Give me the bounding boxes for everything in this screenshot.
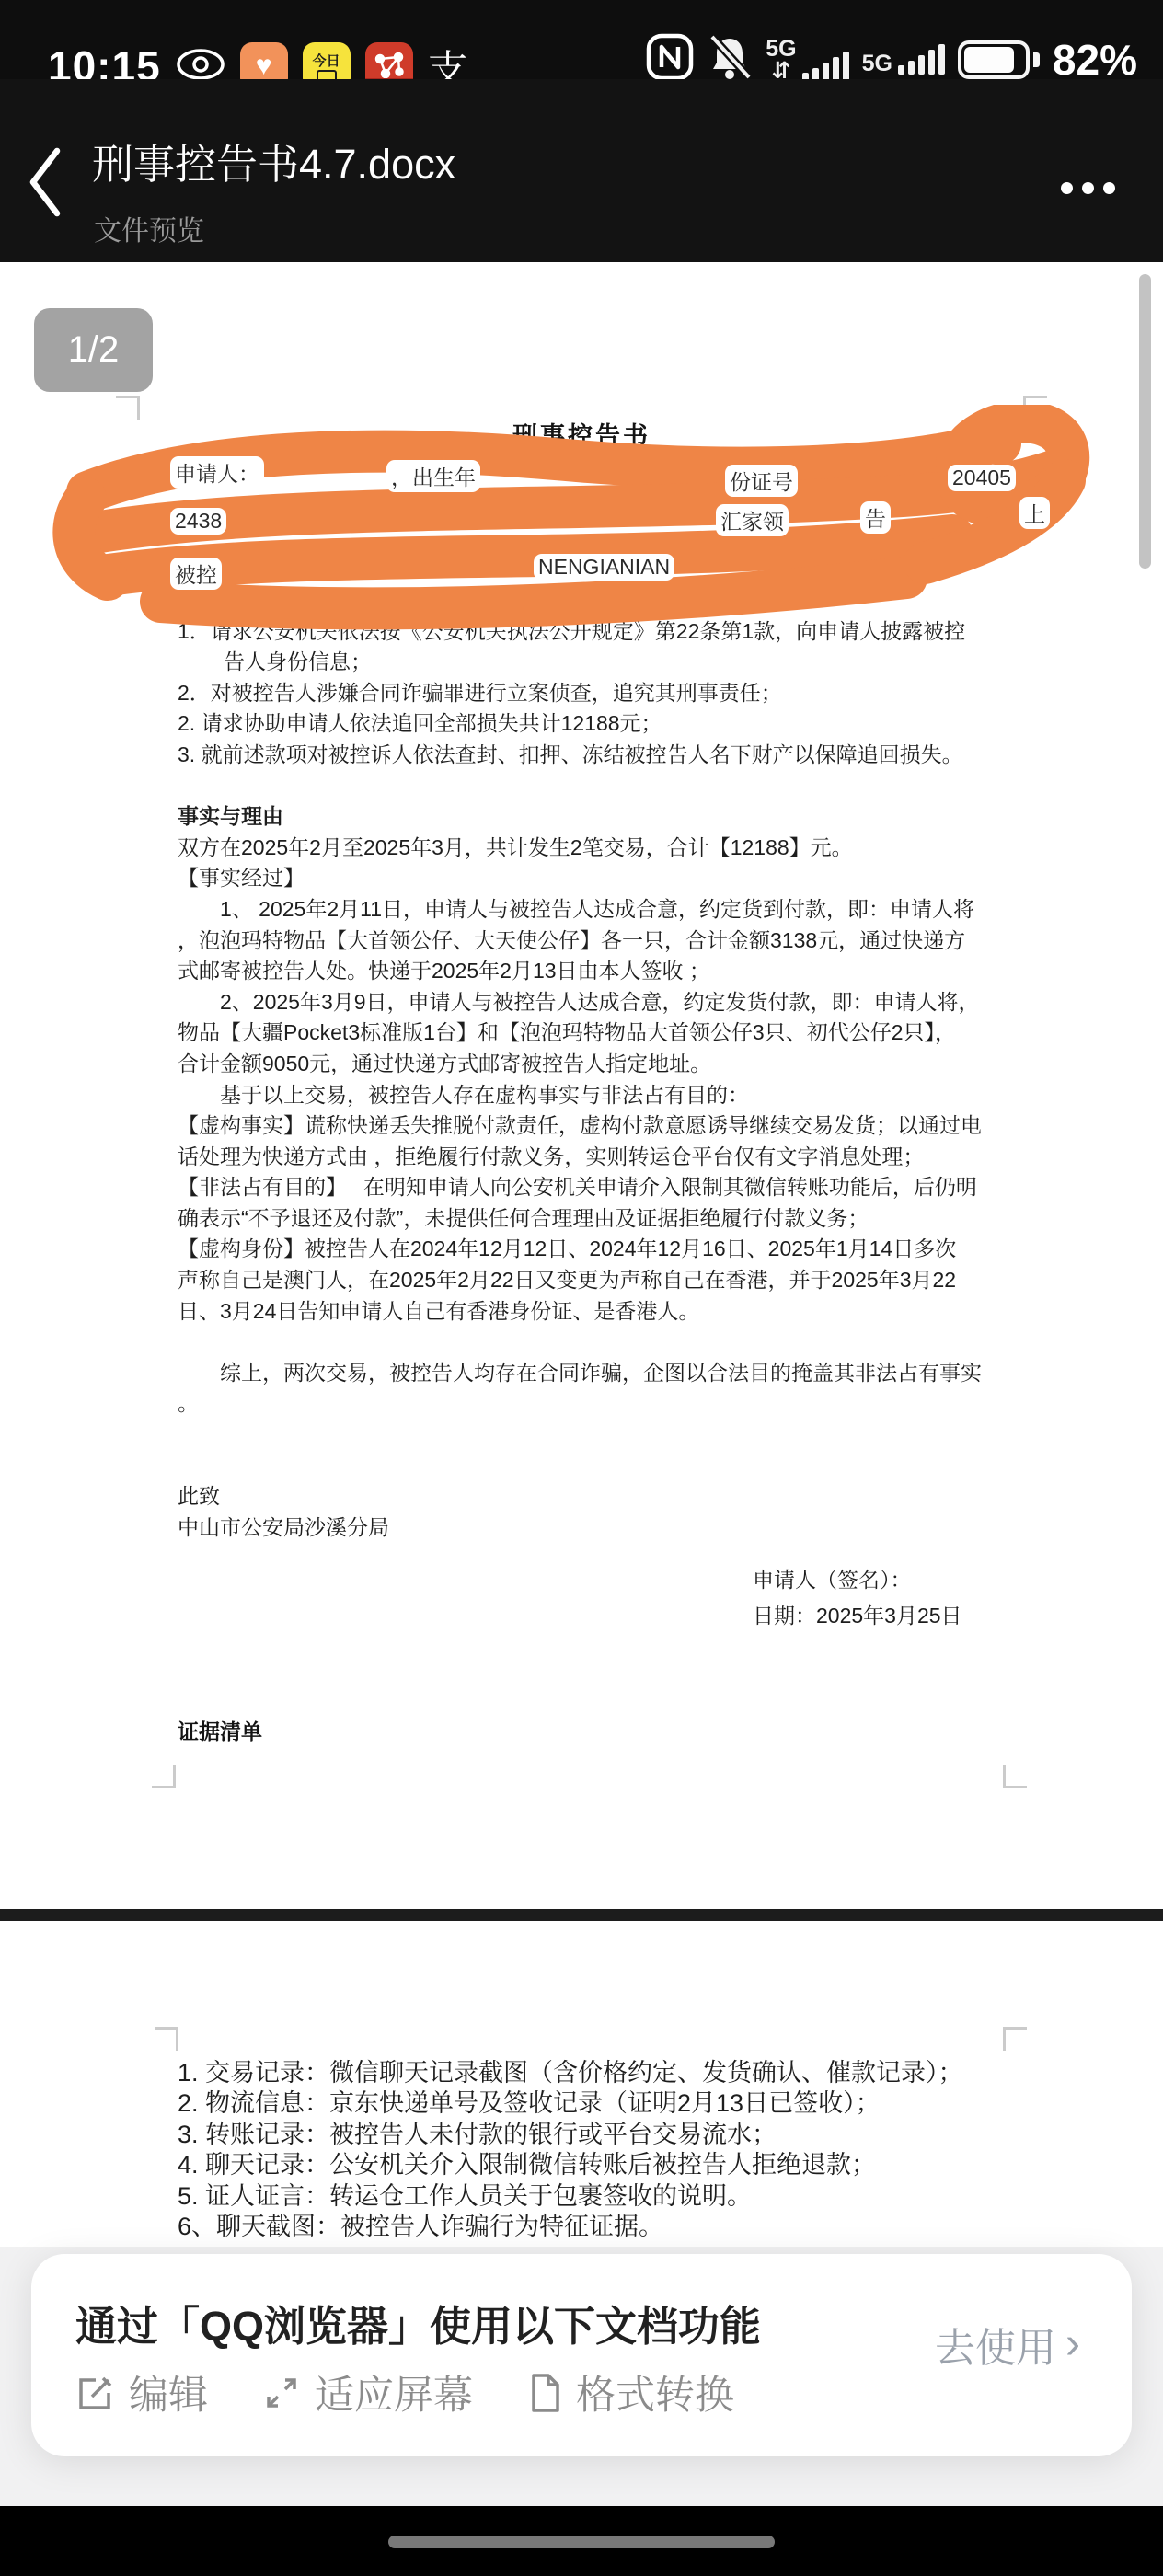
redacted-fragment: 申请人： — [170, 456, 264, 489]
doc-line: 日、3月24日告知申请人自己有香港身份证、是香港人。 — [178, 1296, 982, 1328]
evidence-item: 6、聊天截图：被控告人诈骗行为特征证据。 — [178, 2212, 963, 2242]
page1-bottom-left-crop-mark — [152, 1765, 176, 1788]
redacted-fragment: 份证号 — [725, 465, 798, 497]
doc-line: 中山市公安局沙溪分局 — [178, 1512, 982, 1544]
page-separator — [0, 1909, 1163, 1921]
doc-line: 告人身份信息； — [224, 647, 982, 678]
redacted-fragment: 被控 — [170, 558, 222, 590]
preview-mode-label: 文件预览 — [94, 208, 204, 248]
doc-line — [178, 1451, 982, 1482]
doc-line: 声称自己是澳门人，在2025年2月22日又变更为声称自己在香港，并于2025年3… — [178, 1265, 982, 1296]
doc-line: 1、 2025年2月11日，申请人与被控告人达成合意，约定货到付款，即：申请人将 — [178, 894, 982, 926]
fit-screen-feature-button[interactable]: 适应屏幕 — [261, 2364, 473, 2421]
doc-line: 综上，两次交易，被控告人均存在合同诈骗，企图以合法目的掩盖其非法占有事实 — [178, 1358, 982, 1389]
redacted-fragment: 告 — [860, 501, 891, 534]
evidence-item: 2. 物流信息：京东快递单号及签收记录（证明2月13日已签收）； — [178, 2088, 963, 2119]
more-menu-button[interactable] — [1061, 182, 1115, 194]
doc-line: 双方在2025年2月至2025年3月，共计发生2笔交易，合计【12188】元。 — [178, 833, 982, 864]
fit-screen-icon — [261, 2373, 302, 2413]
home-indicator[interactable] — [388, 2536, 775, 2548]
date-line: 日期：2025年3月25日 — [753, 1598, 962, 1634]
doc-line: 2．对被控告人涉嫌合同诈骗罪进行立案侦查，追究其刑事责任； — [178, 678, 982, 709]
doc-line: 此致 — [178, 1481, 982, 1512]
doc-line: 【事实经过】 — [178, 863, 982, 894]
status-bar: 10:15 ♥ 今日 真实时间 2025 支 5G⇵ 5G — [0, 0, 1163, 79]
signal-sim2: 5G — [862, 44, 945, 75]
doc-line: 基于以上交易，被控告人存在虚构事实与非法占有目的： — [178, 1080, 982, 1111]
doc-line: 2、2025年3月9日，申请人与被控告人达成合意，约定发货付款，即：申请人将， — [178, 987, 982, 1018]
redacted-fragment: 20405 — [948, 465, 1016, 491]
doc-section-heading: 事实与理由 — [178, 801, 982, 833]
redacted-fragment: 汇家领 — [716, 504, 789, 536]
signature-line: 申请人（签名）： — [753, 1562, 962, 1598]
redacted-fragment: 上 — [1019, 497, 1050, 529]
redacted-fragment: 2438 — [170, 508, 226, 535]
doc-line: 3. 就前述款项对被控诉人依法查封、扣押、冻结被控告人名下财产以保障追回损失。 — [178, 740, 982, 771]
battery-icon — [958, 40, 1030, 79]
redacted-fragment: ，出生年 — [386, 460, 480, 492]
doc-line: 物品【大疆Pocket3标准版1台】和【泡泡玛特物品大首领公仔3只、初代公仔2只… — [178, 1018, 982, 1049]
redacted-fragment: NENGIANIAN — [534, 554, 674, 581]
doc-line: 式邮寄被控告人处。快递于2025年2月13日由本人签收 ； — [178, 956, 982, 987]
notifications-muted-bell-icon — [707, 33, 753, 86]
document-title: 刑事控告书4.7.docx — [92, 131, 455, 190]
edit-icon — [75, 2373, 116, 2413]
evidence-item: 4. 聊天记录：公安机关介入限制微信转账后被控告人拒绝退款； — [178, 2150, 963, 2180]
document-functions-card: 通过「QQ浏览器」使用以下文档功能 去使用 › 编辑 适应屏幕 格式转换 — [31, 2254, 1132, 2456]
evidence-list-heading: 证据清单 — [178, 1715, 262, 1745]
page2-top-right-crop-mark — [1003, 2027, 1027, 2051]
page2-top-left-crop-mark — [155, 2027, 178, 2051]
back-button[interactable] — [26, 145, 66, 219]
edit-feature-button[interactable]: 编辑 — [75, 2364, 208, 2421]
doc-line — [178, 771, 982, 802]
titlebar: 刑事控告书4.7.docx 文件预览 — [0, 79, 1163, 262]
document-icon — [526, 2372, 563, 2414]
doc-line — [178, 1420, 982, 1451]
evidence-item: 3. 转账记录：被控告人未付款的银行或平台交易流水； — [178, 2120, 963, 2150]
evidence-item: 1. 交易记录：微信聊天记录截图（含价格约定、发货确认、催款记录）； — [178, 2058, 963, 2088]
system-bottom-bar — [0, 2506, 1163, 2576]
signal-sim1: 5G⇵ — [766, 38, 848, 82]
doc-line: 。 — [178, 1388, 982, 1420]
nfc-icon — [646, 33, 694, 86]
go-use-button[interactable]: 去使用 › — [935, 2315, 1080, 2374]
page-indicator-badge: 1/2 — [34, 308, 153, 392]
doc-line: 【非法占有目的】 在明知申请人向公安机关申请介入限制其微信转账功能后，后仍明 — [178, 1172, 982, 1203]
doc-line: 2. 请求协助申请人依法追回全部损失共计12188元； — [178, 708, 982, 740]
doc-line: 【虚构事实】谎称快递丢失推脱付款责任，虚构付款意愿诱导继续交易发货；以通过电 — [178, 1110, 982, 1142]
battery-percent: 82% — [1053, 35, 1137, 85]
data-arrows-icon: ⇵ — [771, 60, 790, 82]
scrollbar-thumb[interactable] — [1139, 274, 1151, 569]
bottom-sheet: 通过「QQ浏览器」使用以下文档功能 去使用 › 编辑 适应屏幕 格式转换 — [0, 2247, 1163, 2506]
doc-line: ，泡泡玛特物品【大首领公仔、大天使公仔】各一只，合计金额3138元，通过快递方 — [178, 926, 982, 957]
doc-line: 【虚构身份】被控告人在2024年12月12日、2024年12月16日、2025年… — [178, 1234, 982, 1265]
doc-line: 话处理为快递方式由 ，拒绝履行付款义务，实则转运仓平台仅有文字消息处理； — [178, 1142, 982, 1173]
format-convert-feature-button[interactable]: 格式转换 — [526, 2364, 734, 2421]
chevron-right-icon: › — [1065, 2324, 1080, 2364]
document-body: 控告请求 1．请求公安机关依法按《公安机关执法公开规定》第22条第1款，向申请人… — [178, 585, 982, 1543]
sheet-title: 通过「QQ浏览器」使用以下文档功能 — [75, 2293, 761, 2352]
evidence-item: 5. 证人证言：转运仓工作人员关于包裹签收的说明。 — [178, 2181, 963, 2212]
doc-line — [178, 1327, 982, 1358]
evidence-list: 1. 交易记录：微信聊天记录截图（含价格约定、发货确认、催款记录）； 2. 物流… — [178, 2058, 963, 2242]
doc-line: 确表示“不予退还及付款”，未提供任何合理理由及证据拒绝履行付款义务； — [178, 1203, 982, 1235]
battery-nub — [1033, 52, 1040, 67]
page1-bottom-right-crop-mark — [1003, 1765, 1027, 1788]
doc-line: 合计金额9050元，通过快递方式邮寄被控告人指定地址。 — [178, 1049, 982, 1080]
signature-block: 申请人（签名）： 日期：2025年3月25日 — [753, 1562, 962, 1634]
